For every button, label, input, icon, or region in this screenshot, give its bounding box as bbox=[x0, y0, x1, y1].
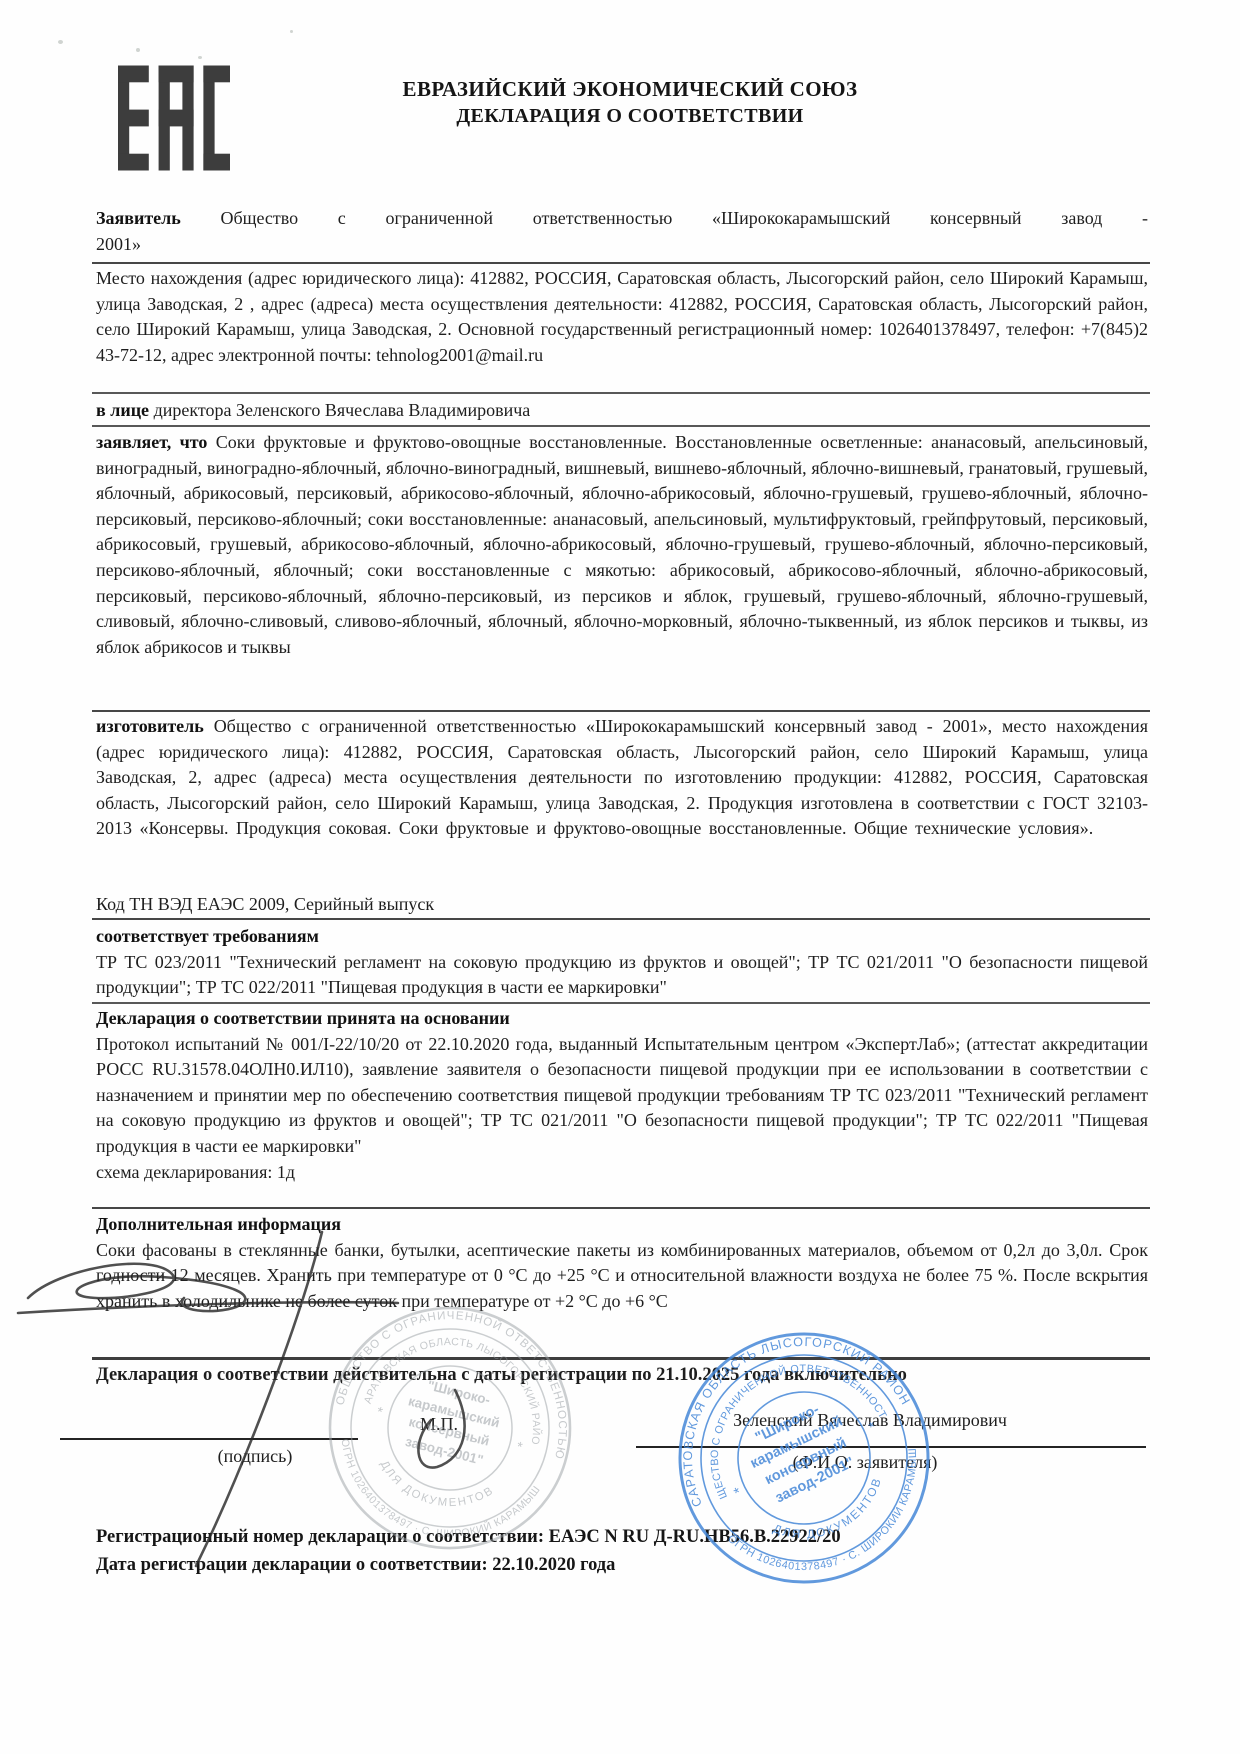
section-tnved: Код ТН ВЭД ЕАЭС 2009, Серийный выпуск bbox=[96, 892, 1148, 918]
scan-speck bbox=[198, 56, 202, 59]
blue-stamp-star: * bbox=[731, 1484, 744, 1502]
basis-label: Декларация о соответствии принята на осн… bbox=[96, 1006, 1148, 1032]
divider bbox=[92, 392, 1150, 394]
validity-line: Декларация о соответствии действительна … bbox=[96, 1363, 1148, 1389]
manufacturer-text: Общество с ограниченной ответственностью… bbox=[96, 716, 1148, 838]
section-additional-info: Дополнительная информация Соки фасованы … bbox=[96, 1212, 1148, 1314]
registration-date-line: Дата регистрации декларации о соответств… bbox=[96, 1552, 1156, 1580]
representative-label: в лице bbox=[96, 400, 149, 420]
company-stamp-blue: САРАТОВСКАЯ ОБЛАСТЬ ЛЫСОГОРСКИЙ РАЙОН ОБ… bbox=[668, 1322, 940, 1594]
company-stamp-gray: ОБЩЕСТВО С ОГРАНИЧЕННОЙ ОТВЕТСТВЕННОСТЬЮ… bbox=[318, 1296, 582, 1560]
location-text: Место нахождения (адрес юридического лиц… bbox=[96, 268, 1148, 365]
divider bbox=[92, 425, 1150, 427]
gray-stamp-star: * bbox=[515, 1438, 525, 1455]
declares-label: заявляет, что bbox=[96, 432, 207, 452]
section-declares: заявляет, что Соки фруктовые и фруктово-… bbox=[96, 430, 1148, 660]
complies-label: соответствует требованиям bbox=[96, 924, 1148, 950]
section-complies: соответствует требованиям ТР ТС 023/2011… bbox=[96, 924, 1148, 1001]
svg-text:ДЛЯ ДОКУМЕНТОВ: ДЛЯ ДОКУМЕНТОВ bbox=[767, 1471, 897, 1561]
complies-text: ТР ТС 023/2011 "Технический регламент на… bbox=[96, 952, 1148, 998]
applicant-text: Общество с ограниченной ответственностью… bbox=[220, 208, 1148, 228]
union-title: ЕВРАЗИЙСКИЙ ЭКОНОМИЧЕСКИЙ СОЮЗ bbox=[330, 76, 930, 103]
product-list-text: Соки фруктовые и фруктово-овощные восста… bbox=[96, 432, 1148, 657]
declaration-document: ЕВРАЗИЙСКИЙ ЭКОНОМИЧЕСКИЙ СОЮЗ ДЕКЛАРАЦИ… bbox=[0, 0, 1240, 1754]
divider bbox=[92, 1207, 1150, 1209]
gray-stamp-star: * bbox=[375, 1403, 385, 1420]
additional-info-label: Дополнительная информация bbox=[96, 1212, 1148, 1238]
applicant-line2: 2001» bbox=[96, 232, 1148, 258]
basis-text: Протокол испытаний № 001/I-22/10/20 от 2… bbox=[96, 1034, 1148, 1156]
section-manufacturer: изготовитель Общество с ограниченной отв… bbox=[96, 714, 1148, 842]
divider bbox=[92, 262, 1150, 264]
section-applicant: Заявитель Общество с ограниченной ответс… bbox=[96, 206, 1148, 257]
representative-text: директора Зеленского Вячеслава Владимиро… bbox=[154, 400, 531, 420]
signature-line bbox=[60, 1438, 358, 1440]
additional-info-text: Соки фасованы в стеклянные банки, бутылк… bbox=[96, 1240, 1148, 1311]
divider bbox=[92, 1002, 1150, 1004]
tnved-text: Код ТН ВЭД ЕАЭС 2009, Серийный выпуск bbox=[96, 894, 434, 914]
applicant-line1: Заявитель Общество с ограниченной ответс… bbox=[96, 206, 1148, 232]
section-representative: в лице директора Зеленского Вячеслава Вл… bbox=[96, 398, 1148, 424]
manufacturer-label: изготовитель bbox=[96, 716, 204, 736]
divider bbox=[92, 918, 1150, 920]
applicant-label: Заявитель bbox=[96, 208, 181, 228]
document-header: ЕВРАЗИЙСКИЙ ЭКОНОМИЧЕСКИЙ СОЮЗ ДЕКЛАРАЦИ… bbox=[330, 76, 930, 130]
scan-speck bbox=[58, 40, 63, 44]
registration-number-line: Регистрационный номер декларации о соотв… bbox=[96, 1524, 1156, 1552]
blue-stamp-documents-text: ДЛЯ ДОКУМЕНТОВ bbox=[767, 1471, 897, 1561]
divider bbox=[92, 1357, 1150, 1360]
document-title: ДЕКЛАРАЦИЯ О СООТВЕТСТВИИ bbox=[330, 103, 930, 130]
scan-speck bbox=[136, 48, 140, 52]
blue-stamp-star: * bbox=[866, 1418, 879, 1436]
scan-speck bbox=[290, 30, 293, 33]
divider bbox=[92, 710, 1150, 712]
section-location: Место нахождения (адрес юридического лиц… bbox=[96, 266, 1148, 368]
declaration-scheme: схема декларирования: 1д bbox=[96, 1160, 1148, 1186]
eac-logo bbox=[118, 62, 230, 174]
section-basis: Декларация о соответствии принята на осн… bbox=[96, 1006, 1148, 1185]
